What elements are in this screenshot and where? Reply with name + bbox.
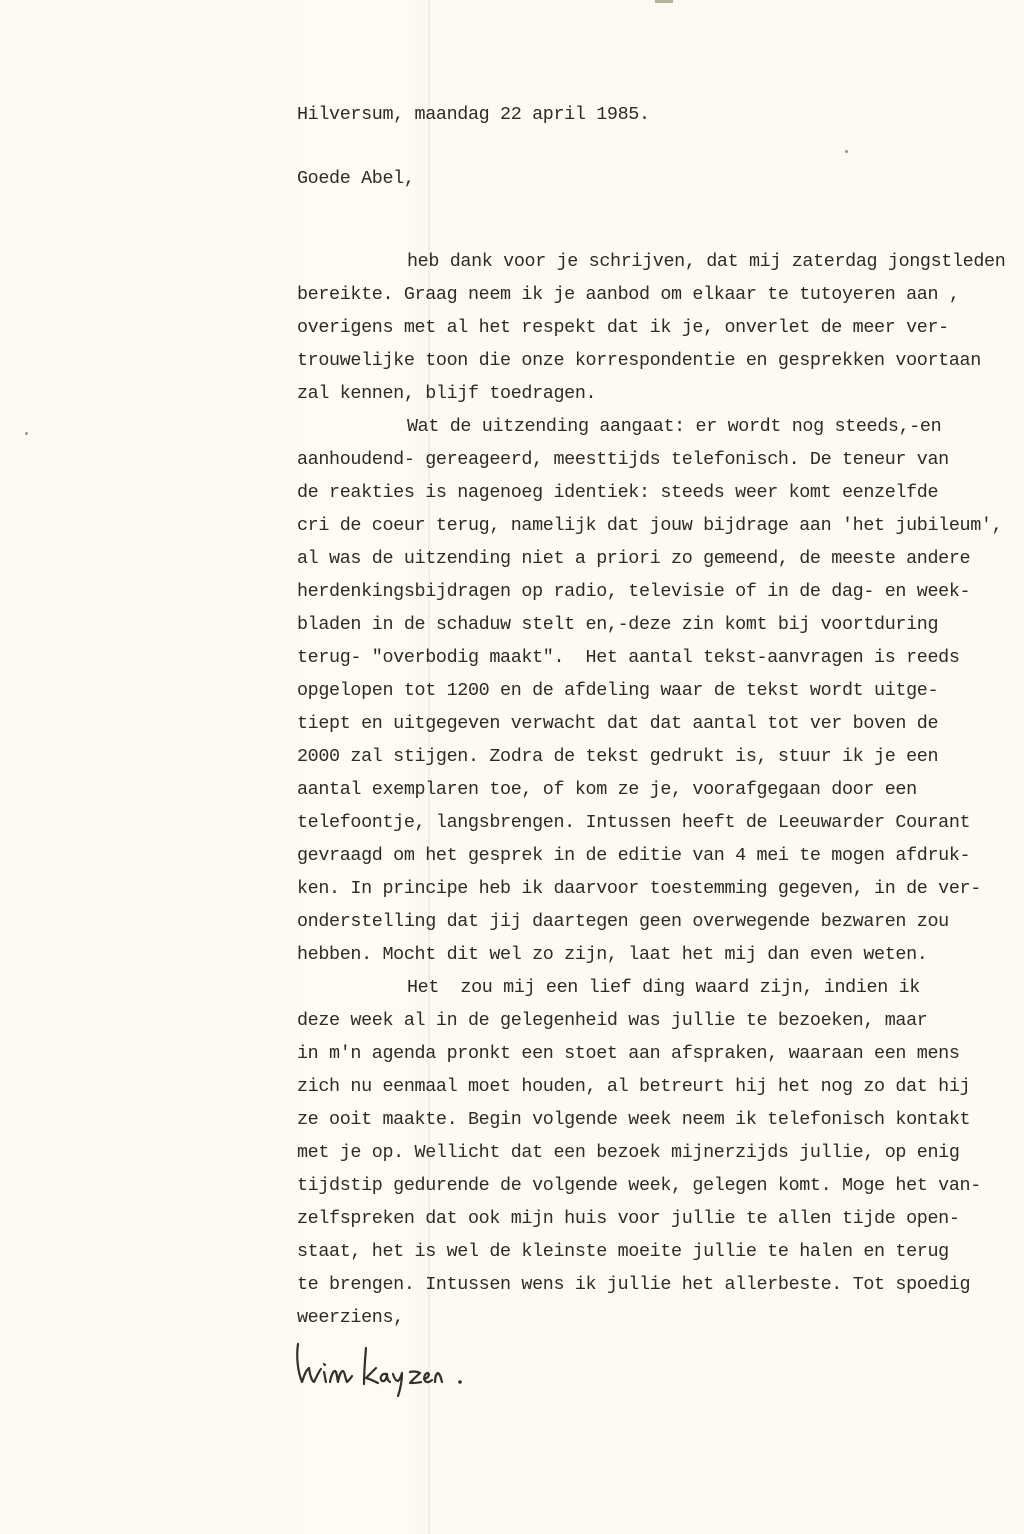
text-line: overigens met al het respekt dat ik je, … [297,311,1005,344]
text-line: ze ooit maakte. Begin volgende week neem… [297,1103,1005,1136]
text-line: 2000 zal stijgen. Zodra de tekst gedrukt… [297,740,1005,773]
top-edge-mark [655,0,673,3]
text-line: aantal exemplaren toe, of kom ze je, voo… [297,773,1005,806]
text-line: herdenkingsbijdragen op radio, televisie… [297,575,1005,608]
text-line: trouwelijke toon die onze korrespondenti… [297,344,1005,377]
dateline: Hilversum, maandag 22 april 1985. [297,98,1005,131]
text-line: Wat de uitzending aangaat: er wordt nog … [297,410,1005,443]
text-line: ken. In principe heb ik daarvoor toestem… [297,872,1005,905]
text-line: zich nu eenmaal moet houden, al betreurt… [297,1070,1005,1103]
text-line: telefoontje, langsbrengen. Intussen heef… [297,806,1005,839]
text-line: cri de coeur terug, namelijk dat jouw bi… [297,509,1005,542]
paragraph: heb dank voor je schrijven, dat mij zate… [297,245,1005,410]
text-line: te brengen. Intussen wens ik jullie het … [297,1268,1005,1301]
text-line: hebben. Mocht dit wel zo zijn, laat het … [297,938,1005,971]
salutation: Goede Abel, [297,162,1005,195]
text-line: staat, het is wel de kleinste moeite jul… [297,1235,1005,1268]
paragraph: Wat de uitzending aangaat: er wordt nog … [297,410,1005,971]
text-line: aanhoudend- gereageerd, meesttijds telef… [297,443,1005,476]
text-line: tijdstip gedurende de volgende week, gel… [297,1169,1005,1202]
text-line: bereikte. Graag neem ik je aanbod om elk… [297,278,1005,311]
text-line: bladen in de schaduw stelt en,-deze zin … [297,608,1005,641]
text-line: Het zou mij een lief ding waard zijn, in… [297,971,1005,1004]
text-line: opgelopen tot 1200 en de afdeling waar d… [297,674,1005,707]
text-line: onderstelling dat jij daartegen geen ove… [297,905,1005,938]
text-line: heb dank voor je schrijven, dat mij zate… [297,245,1005,278]
paragraph: Het zou mij een lief ding waard zijn, in… [297,971,1005,1334]
letter-body: Hilversum, maandag 22 april 1985. Goede … [297,98,1005,1334]
text-line: tiept en uitgegeven verwacht dat dat aan… [297,707,1005,740]
text-line: zal kennen, blijf toedragen. [297,377,1005,410]
text-line: weerziens, [297,1301,1005,1334]
paper-speck [25,432,28,435]
text-line: zelfspreken dat ook mijn huis voor julli… [297,1202,1005,1235]
text-line: terug- "overbodig maakt". Het aantal tek… [297,641,1005,674]
text-line: deze week al in de gelegenheid was julli… [297,1004,1005,1037]
handwritten-signature: Wim Kayzer. [290,1338,490,1398]
text-line: met je op. Wellicht dat een bezoek mijne… [297,1136,1005,1169]
text-line: al was de uitzending niet a priori zo ge… [297,542,1005,575]
text-line: in m'n agenda pronkt een stoet aan afspr… [297,1037,1005,1070]
paragraphs: heb dank voor je schrijven, dat mij zate… [297,245,1005,1334]
text-line: gevraagd om het gesprek in de editie van… [297,839,1005,872]
text-line: de reakties is nagenoeg identiek: steeds… [297,476,1005,509]
